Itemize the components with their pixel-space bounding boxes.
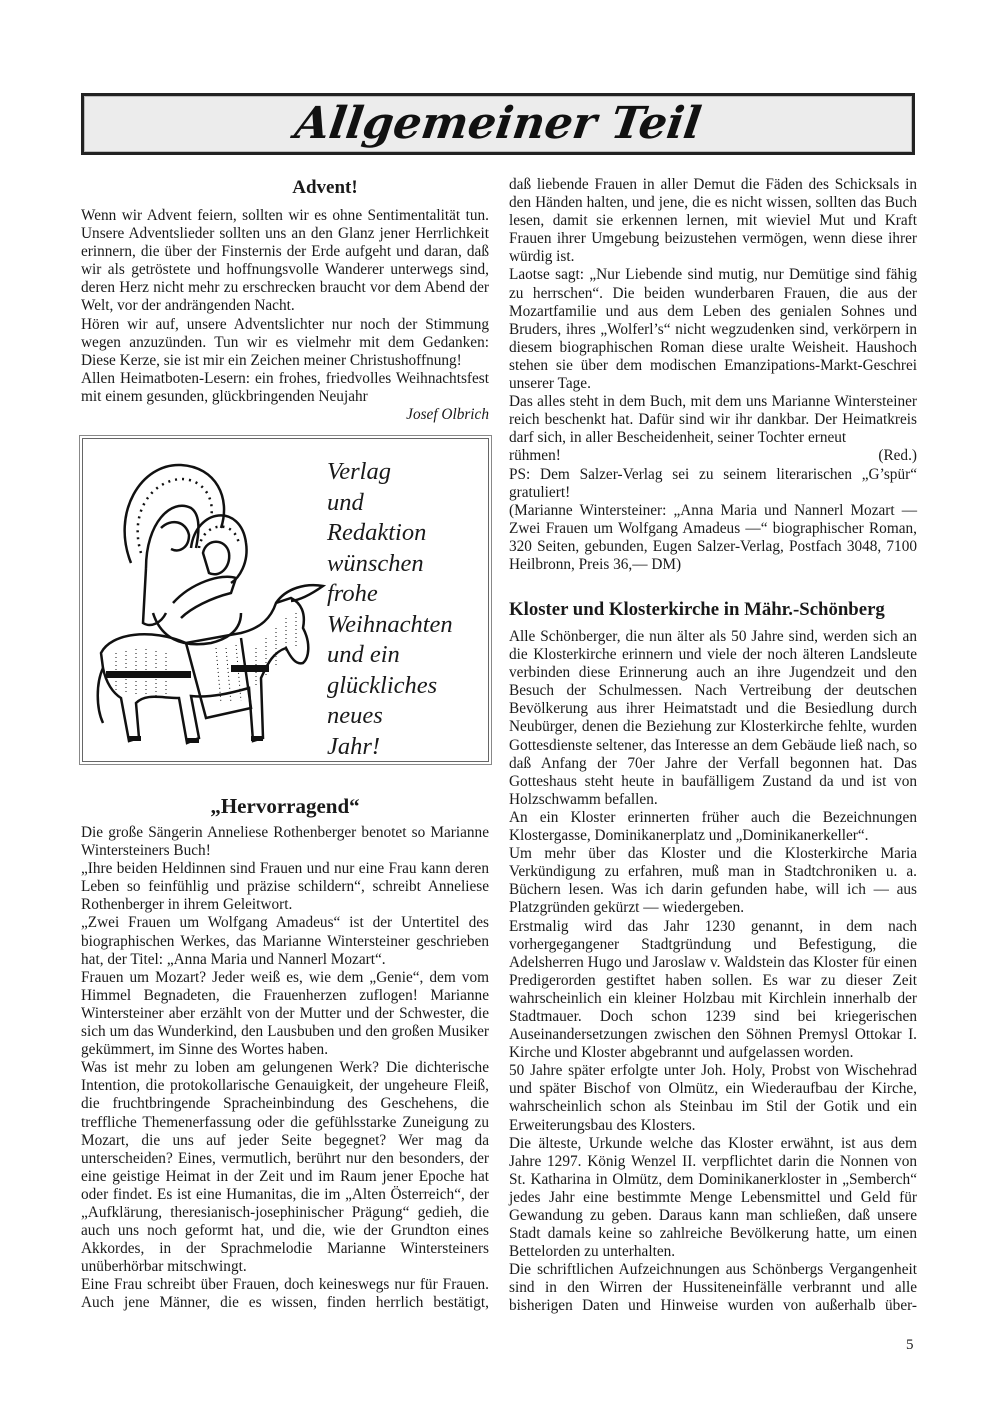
paragraph: Die älteste, Urkunde welche das Kloster … xyxy=(509,1135,917,1262)
paragraph: „Zwei Frauen um Wolfgang Amadeus“ ist de… xyxy=(81,914,489,968)
paragraph: Frauen um Mozart? Jeder weiß es, wie dem… xyxy=(81,969,489,1059)
section-title: Allgemeiner Teil xyxy=(80,98,915,149)
greeting-line: und xyxy=(327,488,453,519)
paragraph: „Ihre beiden Heldinnen sind Frauen und n… xyxy=(81,860,489,914)
paragraph: Um mehr über das Kloster und die Kloster… xyxy=(509,845,917,917)
paragraph: Eine Frau schreibt über Frauen, doch kei… xyxy=(81,1276,489,1312)
paragraph: An ein Kloster erinnerten früher auch di… xyxy=(509,809,917,845)
greeting-line: Jahr! xyxy=(327,732,453,763)
paragraph: Alle Schönberger, die nun älter als 50 J… xyxy=(509,628,917,809)
paragraph: Das alles steht in dem Buch, mit dem uns… xyxy=(509,393,917,447)
holy-family-donkey-illustration xyxy=(91,453,326,753)
page-number: 5 xyxy=(906,1337,914,1354)
article-hervorragend: „Hervorragend“ Die große Sängerin Anneli… xyxy=(81,793,489,1313)
postscript: PS: Dem Salzer-Verlag sei zu seinem lite… xyxy=(509,466,917,502)
greeting-line: Redaktion xyxy=(327,518,453,549)
book-info: (Marianne Wintersteiner: „Anna Maria und… xyxy=(509,502,917,574)
paragraph: Die schriftlichen Aufzeichnungen aus Sch… xyxy=(509,1261,917,1315)
paragraph: daß liebende Frauen in aller Demut die F… xyxy=(509,176,917,266)
greeting-line: neues xyxy=(327,701,453,732)
christmas-greeting-box: Verlag und Redaktion wünschen frohe Weih… xyxy=(82,438,489,762)
greeting-line: glückliches xyxy=(327,671,453,702)
greeting-line: wünschen xyxy=(327,549,453,580)
greeting-line: und ein xyxy=(327,640,453,671)
article-kloster: Kloster und Klosterkirche in Mähr.-Schön… xyxy=(509,598,917,1316)
greeting-text: Verlag und Redaktion wünschen frohe Weih… xyxy=(327,457,453,762)
article-title: „Hervorragend“ xyxy=(81,793,489,819)
paragraph: 50 Jahre später erfolgte unter Joh. Holy… xyxy=(509,1062,917,1134)
paragraph: Erstmalig wird das Jahr 1230 genannt, in… xyxy=(509,918,917,1063)
closing-word: rühmen! xyxy=(509,447,561,465)
paragraph: Hören wir auf, unsere Adventslichter nur… xyxy=(81,316,489,370)
greeting-line: Weihnachten xyxy=(327,610,453,641)
closing-line: rühmen! (Red.) xyxy=(509,447,917,465)
paragraph: Allen Heimatboten-Lesern: ein frohes, fr… xyxy=(81,370,489,406)
greeting-line: frohe xyxy=(327,579,453,610)
article-advent: Advent! Wenn wir Advent feiern, sollten … xyxy=(81,176,489,424)
article-title: Advent! xyxy=(161,176,489,200)
author-signature: Josef Olbrich xyxy=(81,406,489,424)
paragraph: Laotse sagt: „Nur Liebende sind mutig, n… xyxy=(509,266,917,393)
paragraph: Wenn wir Advent feiern, sollten wir es o… xyxy=(81,207,489,316)
paragraph: Die große Sängerin Anneliese Rothenberge… xyxy=(81,824,489,860)
article-title: Kloster und Klosterkirche in Mähr.-Schön… xyxy=(509,598,917,622)
paragraph: Was ist mehr zu loben am gelungenen Werk… xyxy=(81,1059,489,1276)
editorial-credit: (Red.) xyxy=(878,447,917,465)
greeting-line: Verlag xyxy=(327,457,453,488)
article-hervorragend-continued: daß liebende Frauen in aller Demut die F… xyxy=(509,176,917,574)
section-banner: Allgemeiner Teil xyxy=(81,93,915,155)
